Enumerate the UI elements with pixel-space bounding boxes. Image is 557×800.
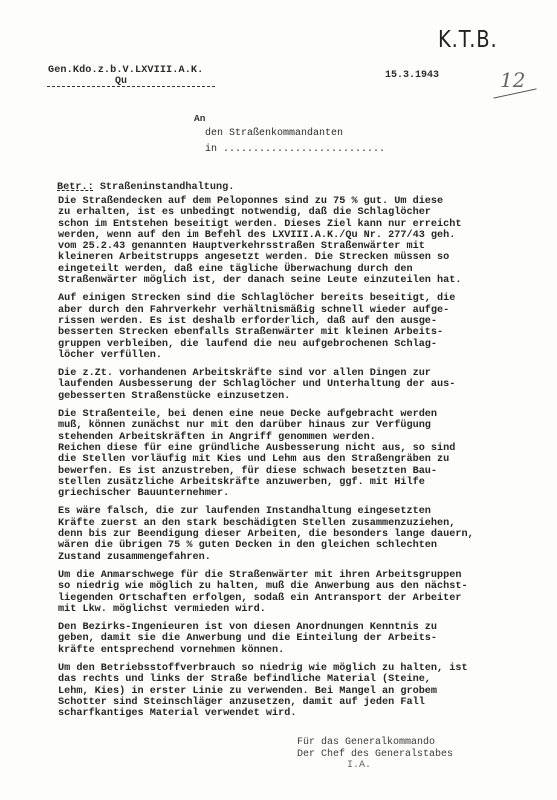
folio-number: 12	[500, 68, 525, 92]
paragraph: Die Straßenteile, bei denen eine neue De…	[58, 409, 557, 499]
subject-line: Betr.: Straßeninstandhaltung.	[57, 182, 234, 193]
text-line: Die Straßenteile, bei denen eine neue De…	[58, 409, 557, 420]
text-line: kleineren Arbeitstrupps angesetzt werden…	[58, 252, 557, 263]
paragraph: Auf einigen Strecken sind die Schlaglöch…	[58, 293, 557, 361]
subject-label: Betr.:	[57, 182, 94, 193]
text-line: Straßenwärter möglich ist, der danach se…	[58, 275, 557, 286]
text-line: aber durch den Fahrverkehr verhältnismäß…	[58, 305, 557, 316]
text-line: Die z.Zt. vorhandenen Arbeitskräfte sind…	[58, 368, 557, 379]
recipient-name: den Straßenkommandanten	[205, 126, 385, 142]
text-line: griechischer Bauunternehmer.	[58, 488, 557, 499]
text-line: Schotter sind Steinschläger anzusetzen, …	[58, 697, 557, 708]
letter-body: Die Straßendecken auf dem Peloponnes sin…	[58, 196, 557, 726]
signature-line-3: I.A.	[297, 760, 453, 772]
text-line: denn bis zur Beendigung dieser Arbeiten,…	[58, 529, 557, 540]
text-line: Reichen diese für eine gründliche Ausbes…	[58, 443, 557, 454]
text-line: liegenden Ortschaften erfolgen, sodaß ei…	[58, 593, 557, 604]
archive-mark: K.T.B.	[438, 27, 498, 53]
signature-line-1: Für das Generalkommando	[297, 737, 453, 749]
text-line: werden, wenn auf den im Befehl des LXVII…	[58, 230, 557, 241]
sender-office: Gen.Kdo.z.b.V.LXVIII.A.K.	[48, 65, 203, 76]
text-line: wären die übrigen 75 % guten Decken in d…	[58, 540, 557, 551]
paragraph: Den Bezirks-Ingenieuren ist von diesen A…	[58, 622, 557, 656]
text-line: das rechts und links der Straße befindli…	[58, 674, 557, 685]
document-date: 15.3.1943	[385, 70, 439, 81]
text-line: besserten Strecken ebenfalls Straßenwärt…	[58, 327, 557, 338]
text-line: muß, können zunächst nur mit den darüber…	[58, 420, 557, 431]
recipient-location: in ...........................	[205, 142, 385, 158]
text-line: Die Straßendecken auf dem Peloponnes sin…	[58, 196, 557, 207]
text-line: zu erhalten, ist es unbedingt notwendig,…	[58, 207, 557, 218]
text-line: Um die Anmarschwege für die Straßenwärte…	[58, 570, 557, 581]
text-line: Kräfte zuerst an den stark beschädigten …	[58, 518, 557, 529]
text-line: Zustand zusammengefahren.	[58, 552, 557, 563]
paragraph: Um die Anmarschwege für die Straßenwärte…	[58, 570, 557, 615]
paragraph: Um den Betriebsstoffverbrauch so niedrig…	[58, 663, 557, 719]
text-line: stehenden Arbeitskräften in Angriff geno…	[58, 432, 557, 443]
sender-underline	[47, 86, 215, 87]
text-line: löcher verfüllen.	[58, 350, 557, 361]
paragraph: Es wäre falsch, die zur laufenden Instan…	[58, 506, 557, 562]
text-line: schon im Entstehen beseitigt werden. Die…	[58, 219, 557, 230]
text-line: bewerfen. Es ist anzustreben, für diese …	[58, 466, 557, 477]
signature-block: Für das Generalkommando Der Chef des Gen…	[297, 737, 453, 772]
text-line: rissen werden. Es ist deshalb erforderli…	[58, 316, 557, 327]
text-line: stellen zusätzliche Arbeitskräfte anzuwe…	[58, 477, 557, 488]
text-line: Auf einigen Strecken sind die Schlaglöch…	[58, 293, 557, 304]
text-line: scharfkantiges Material verwendet wird.	[58, 708, 557, 719]
text-line: kräfte entsprechend vornehmen können.	[58, 645, 557, 656]
text-line: laufenden Ausbesserung der Schlaglöcher …	[58, 379, 557, 390]
signature-line-2: Der Chef des Generalstabes	[297, 749, 453, 761]
paragraph: Die Straßendecken auf dem Peloponnes sin…	[58, 196, 557, 286]
text-line: vom 25.2.43 genannten Hauptverkehrsstraß…	[58, 241, 557, 252]
text-line: die Stellen vorläufig mit Kies und Lehm …	[58, 454, 557, 465]
text-line: so niedrig wie möglich zu halten, muß di…	[58, 581, 557, 592]
text-line: geben, damit sie die Anwerbung und die E…	[58, 633, 557, 644]
paragraph: Die z.Zt. vorhandenen Arbeitskräfte sind…	[58, 368, 557, 402]
text-line: gebesserten Straßenstücke einzusetzen.	[58, 391, 557, 402]
text-line: gruppen verbleiben, die laufend die neu …	[58, 339, 557, 350]
text-line: mit Lkw. möglichst vermieden wird.	[58, 604, 557, 615]
subject-text: Straßeninstandhaltung.	[100, 182, 235, 193]
text-line: Es wäre falsch, die zur laufenden Instan…	[58, 506, 557, 517]
address-prefix: An	[194, 113, 205, 124]
text-line: Lehm, Kies) in erster Linie zu verwenden…	[58, 686, 557, 697]
text-line: Den Bezirks-Ingenieuren ist von diesen A…	[58, 622, 557, 633]
text-line: eingeteilt werden, daß eine tägliche Übe…	[58, 264, 557, 275]
text-line: Um den Betriebsstoffverbrauch so niedrig…	[58, 663, 557, 674]
document-page: Gen.Kdo.z.b.V.LXVIII.A.K. Qu K.T.B. 15.3…	[0, 0, 557, 800]
recipient-block: den Straßenkommandanten in .............…	[205, 126, 385, 158]
